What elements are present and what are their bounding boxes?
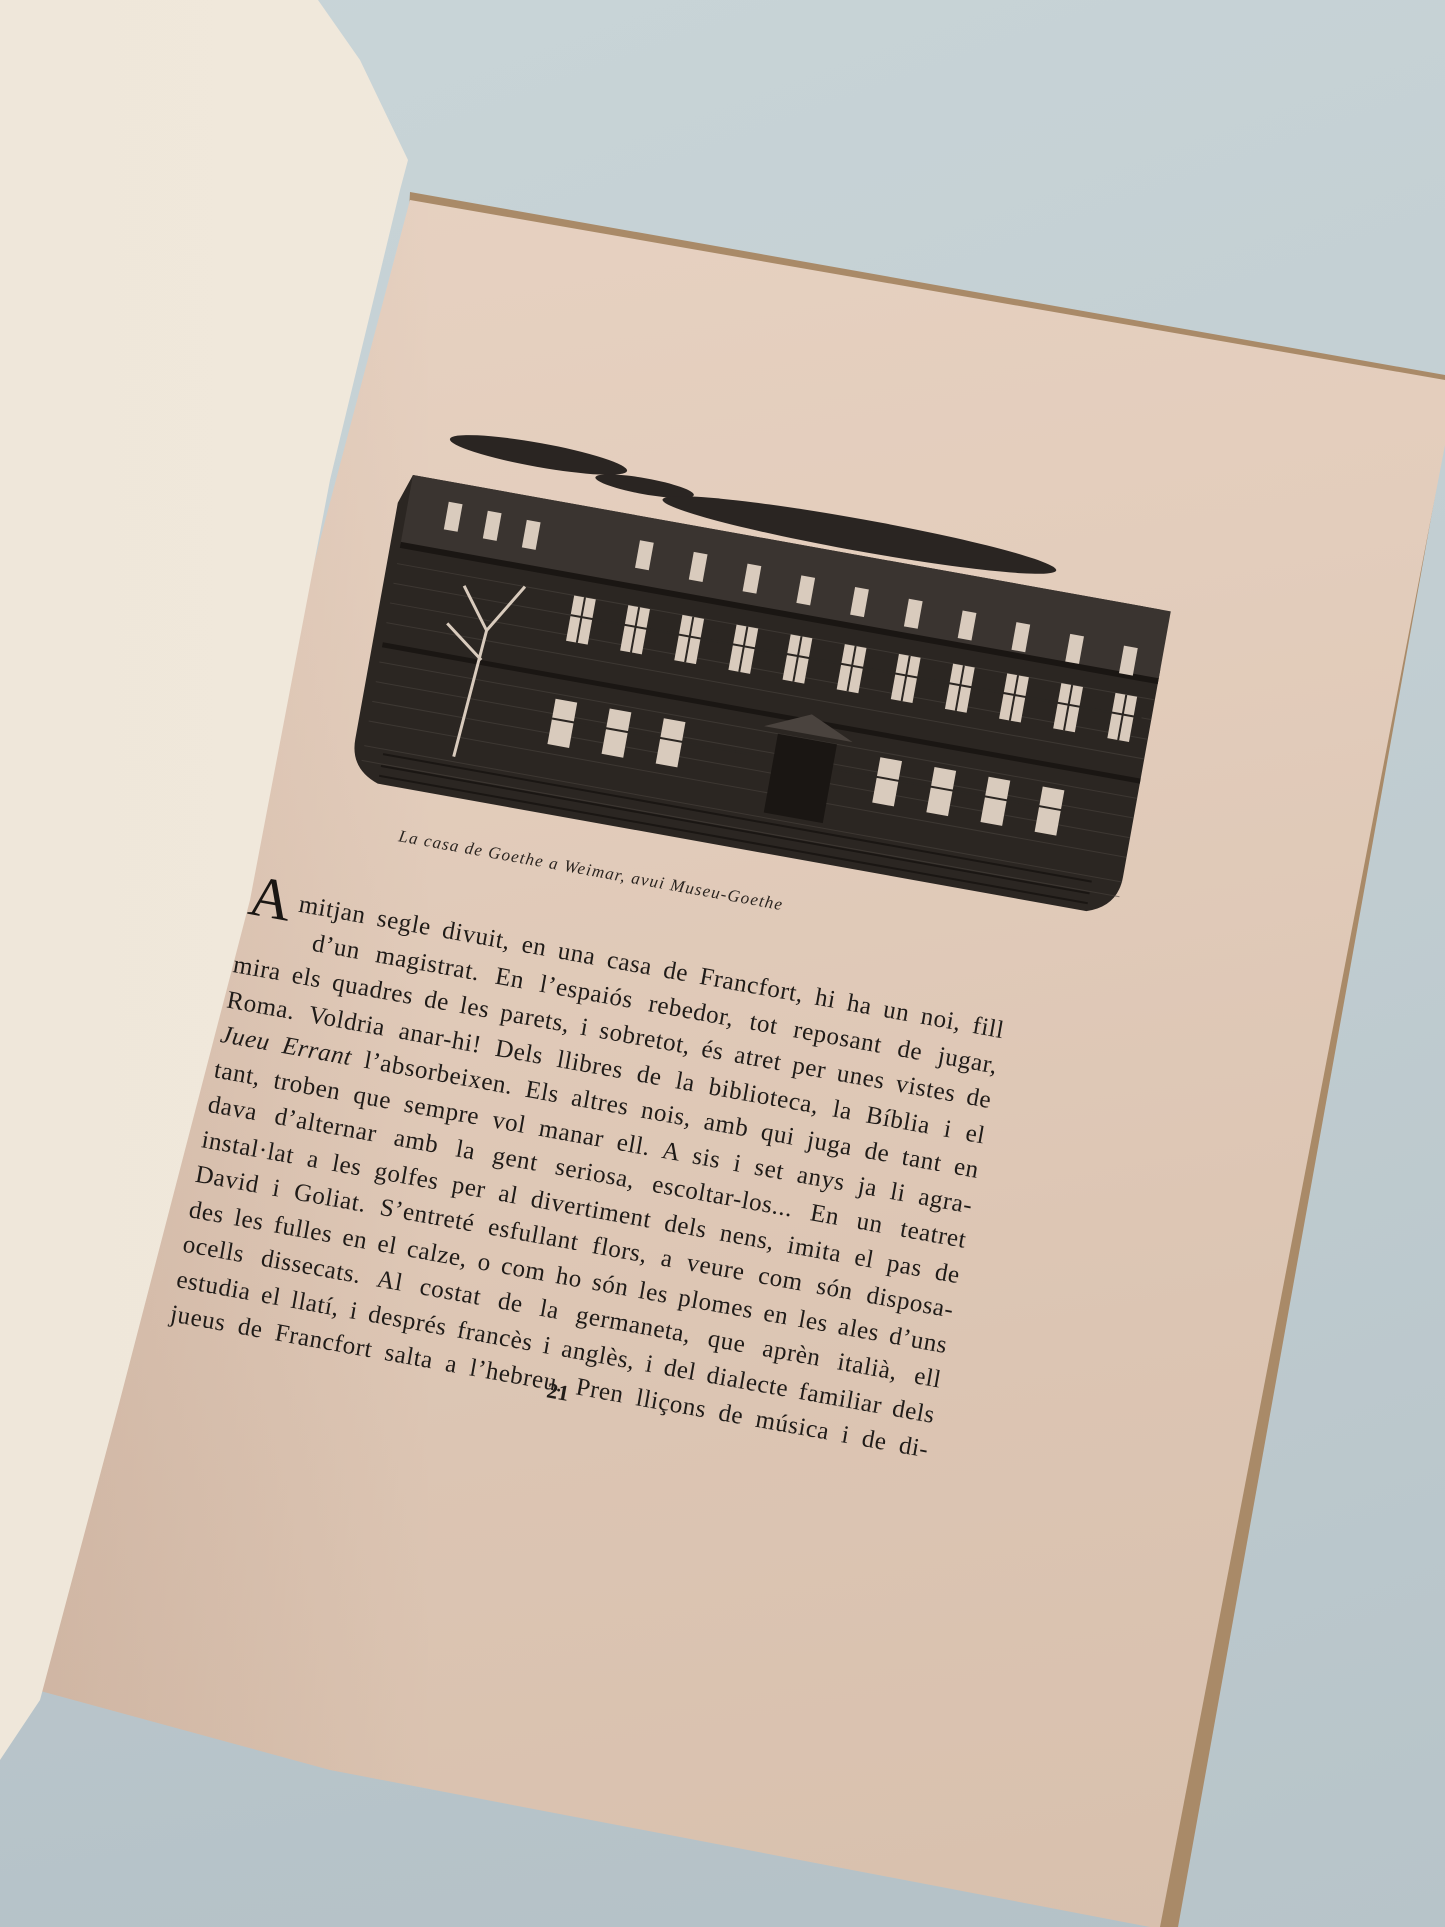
body-paragraph: A mitjan segle divuit, en una casa de Fr… (167, 877, 1007, 1468)
photo-scene: La casa de Goethe a Weimar, avui Museu-G… (0, 0, 1445, 1927)
page-number: 21 (545, 1377, 571, 1406)
